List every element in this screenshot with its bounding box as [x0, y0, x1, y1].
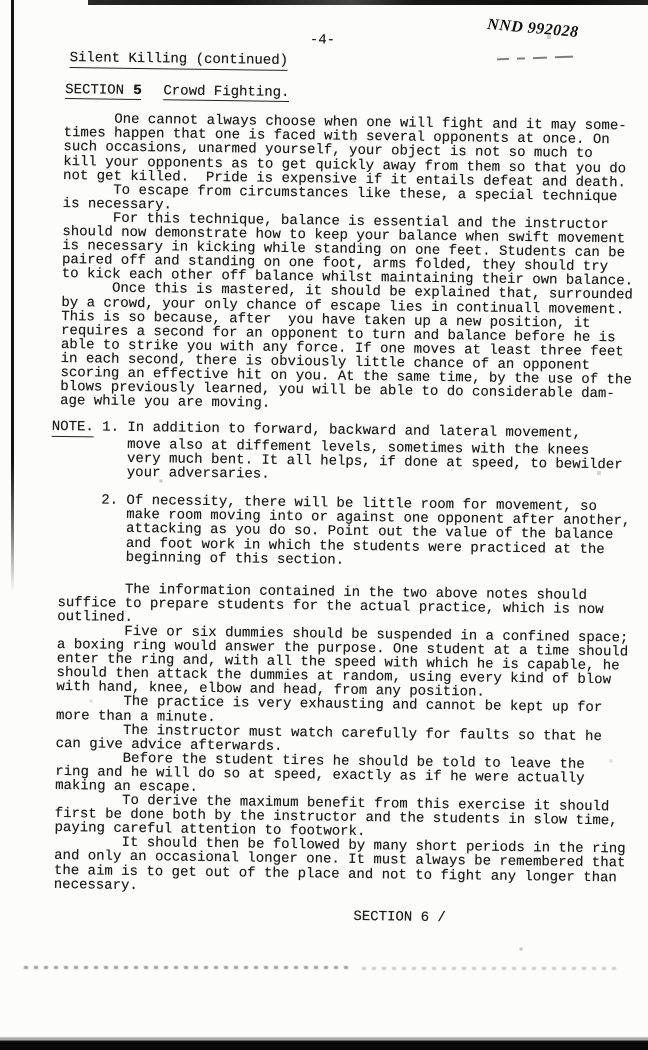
paragraph: For this technique, balance is essential…: [62, 211, 643, 289]
note-body: 1. In addition to forward, backward and …: [50, 420, 630, 569]
section-title: Crowd Fighting.: [163, 84, 289, 102]
scan-smudge-line-left: [24, 966, 354, 969]
next-section-marker: SECTION 6 /: [353, 910, 633, 928]
paragraph: One cannot always choose when one will f…: [63, 112, 644, 190]
scanned-document-page: NND 992028 -4- Silent Killing (continued…: [0, 0, 648, 1050]
section-heading: SECTION5Crowd Fighting.: [65, 83, 644, 107]
paragraph: Once this is mastered, it should be expl…: [60, 281, 642, 415]
document-title: Silent Killing (continued): [70, 51, 645, 75]
scan-fold-left-line: [11, 0, 14, 592]
typed-page-content: -4- Silent Killing (continued) SECTION5C…: [53, 30, 645, 927]
body-paragraphs: One cannot always choose when one will f…: [60, 112, 644, 416]
section-label-word: SECTION: [65, 82, 124, 99]
note-label: NOTE.: [52, 420, 94, 437]
scan-edge-top-bar: [88, 0, 648, 5]
scan-edge-bottom-bar: [0, 1036, 648, 1050]
paragraph: Five or six dummies should be suspended …: [56, 624, 637, 702]
scan-speckles: [0, 0, 2, 2]
paragraph: It should then be followed by many short…: [54, 835, 635, 899]
scan-smudge-line-right: [362, 967, 620, 970]
section-label: SECTION5: [65, 83, 141, 101]
note-block: NOTE. 1. In addition to forward, backwar…: [50, 420, 640, 571]
section-number: 5: [133, 83, 142, 99]
body-paragraphs-after-notes: The information contained in the two abo…: [54, 582, 638, 900]
page-number: -4-: [310, 33, 645, 51]
document-title-text: Silent Killing (continued): [70, 51, 289, 70]
